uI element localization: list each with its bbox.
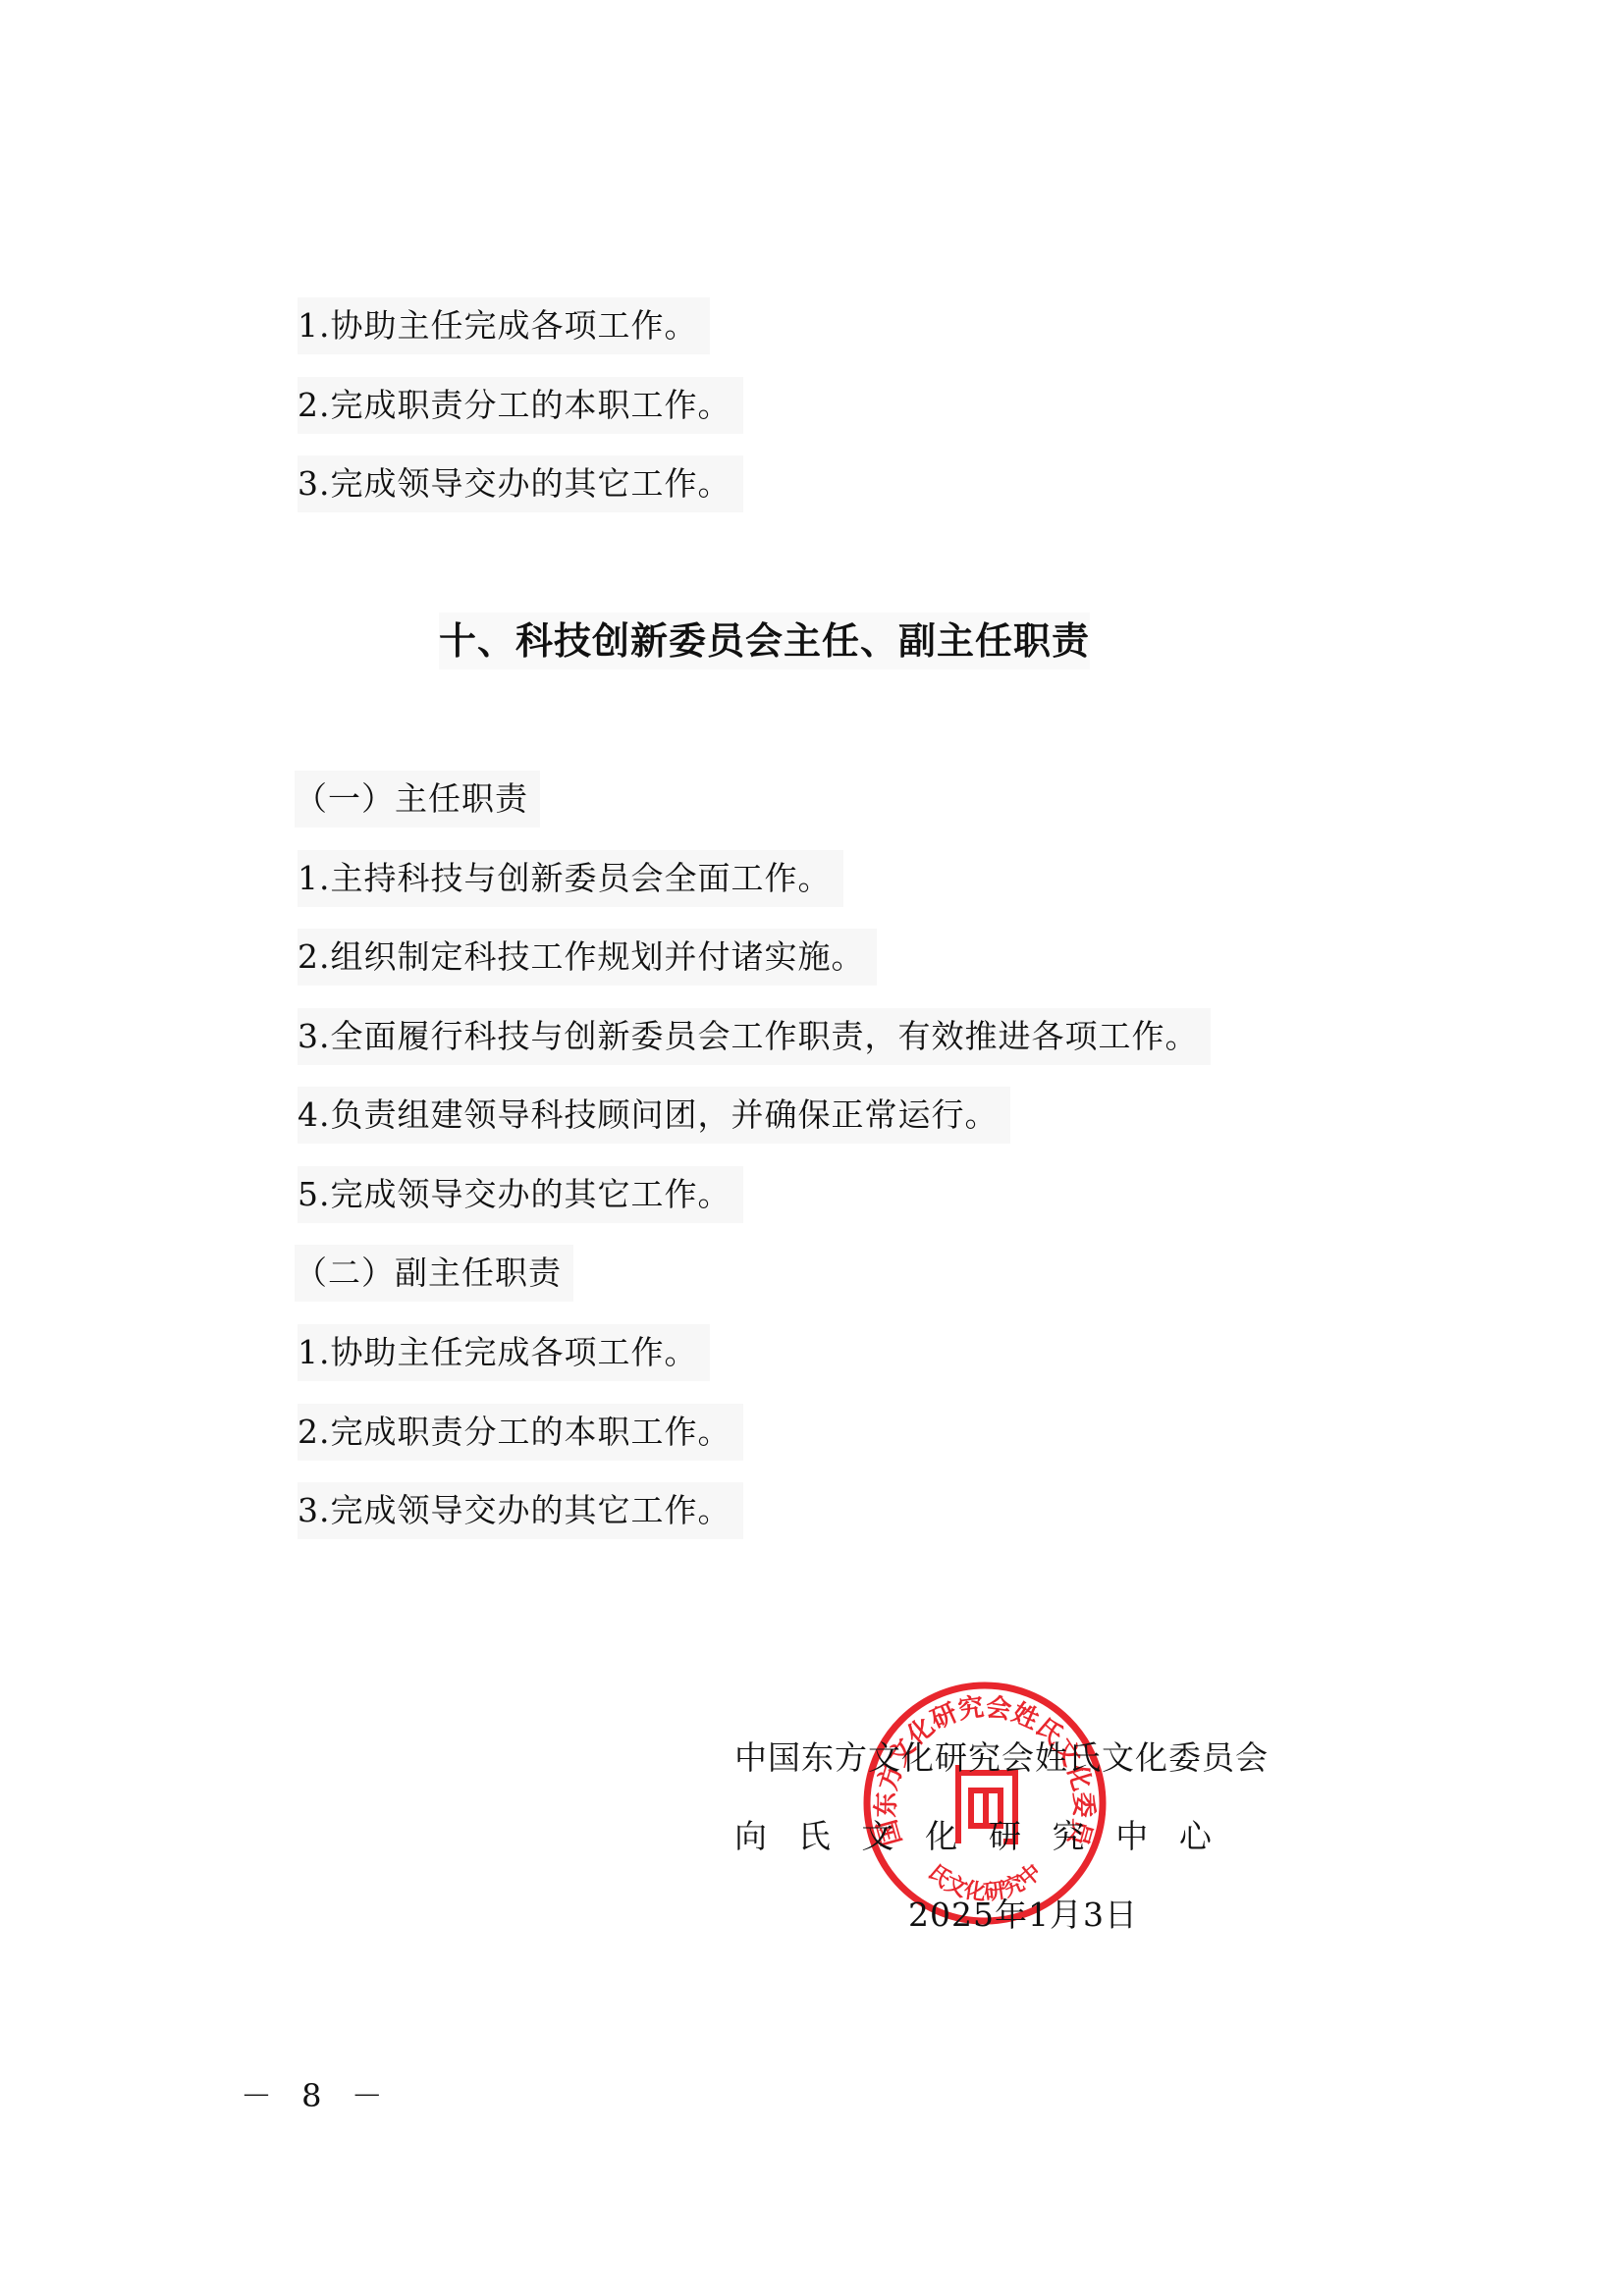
list-item: 2.完成职责分工的本职工作。 (298, 1404, 743, 1461)
list-item: 1.协助主任完成各项工作。 (298, 1324, 710, 1381)
signature-char: 向 (734, 1811, 767, 1857)
section-heading: 十、科技创新委员会主任、副主任职责 (439, 613, 1090, 669)
subsection-title-director: （一）主任职责 (295, 771, 540, 828)
list-item: 1.协助主任完成各项工作。 (298, 297, 710, 354)
list-item: 2.完成职责分工的本职工作。 (298, 377, 743, 434)
list-item: 3.完成领导交办的其它工作。 (298, 1482, 743, 1539)
list-item: 5.完成领导交办的其它工作。 (298, 1166, 743, 1223)
signature-char: 研 (989, 1811, 1021, 1857)
signature-char: 心 (1179, 1811, 1212, 1857)
list-item: 4.负责组建领导科技顾问团，并确保正常运行。 (298, 1087, 1010, 1144)
signature-char: 氏 (798, 1811, 831, 1857)
signature-org-primary: 中国东方文化研究会姓氏文化委员会 (734, 1733, 1269, 1779)
page-number: － 8 － (241, 2071, 393, 2116)
list-item: 3.全面履行科技与创新委员会工作职责，有效推进各项工作。 (298, 1008, 1211, 1065)
signature-date: 2025年1月3日 (908, 1890, 1138, 1936)
list-item: 1.主持科技与创新委员会全面工作。 (298, 850, 843, 907)
list-item: 2.组织制定科技工作规划并付诸实施。 (298, 929, 877, 986)
signature-char: 中 (1115, 1811, 1148, 1857)
subsection-title-deputy: （二）副主任职责 (295, 1245, 573, 1302)
signature-org-secondary: 向 氏 文 化 研 究 中 心 (734, 1811, 1212, 1857)
signature-char: 文 (861, 1811, 893, 1857)
list-item: 3.完成领导交办的其它工作。 (298, 455, 743, 512)
signature-char: 化 (925, 1811, 957, 1857)
signature-char: 究 (1053, 1811, 1085, 1857)
